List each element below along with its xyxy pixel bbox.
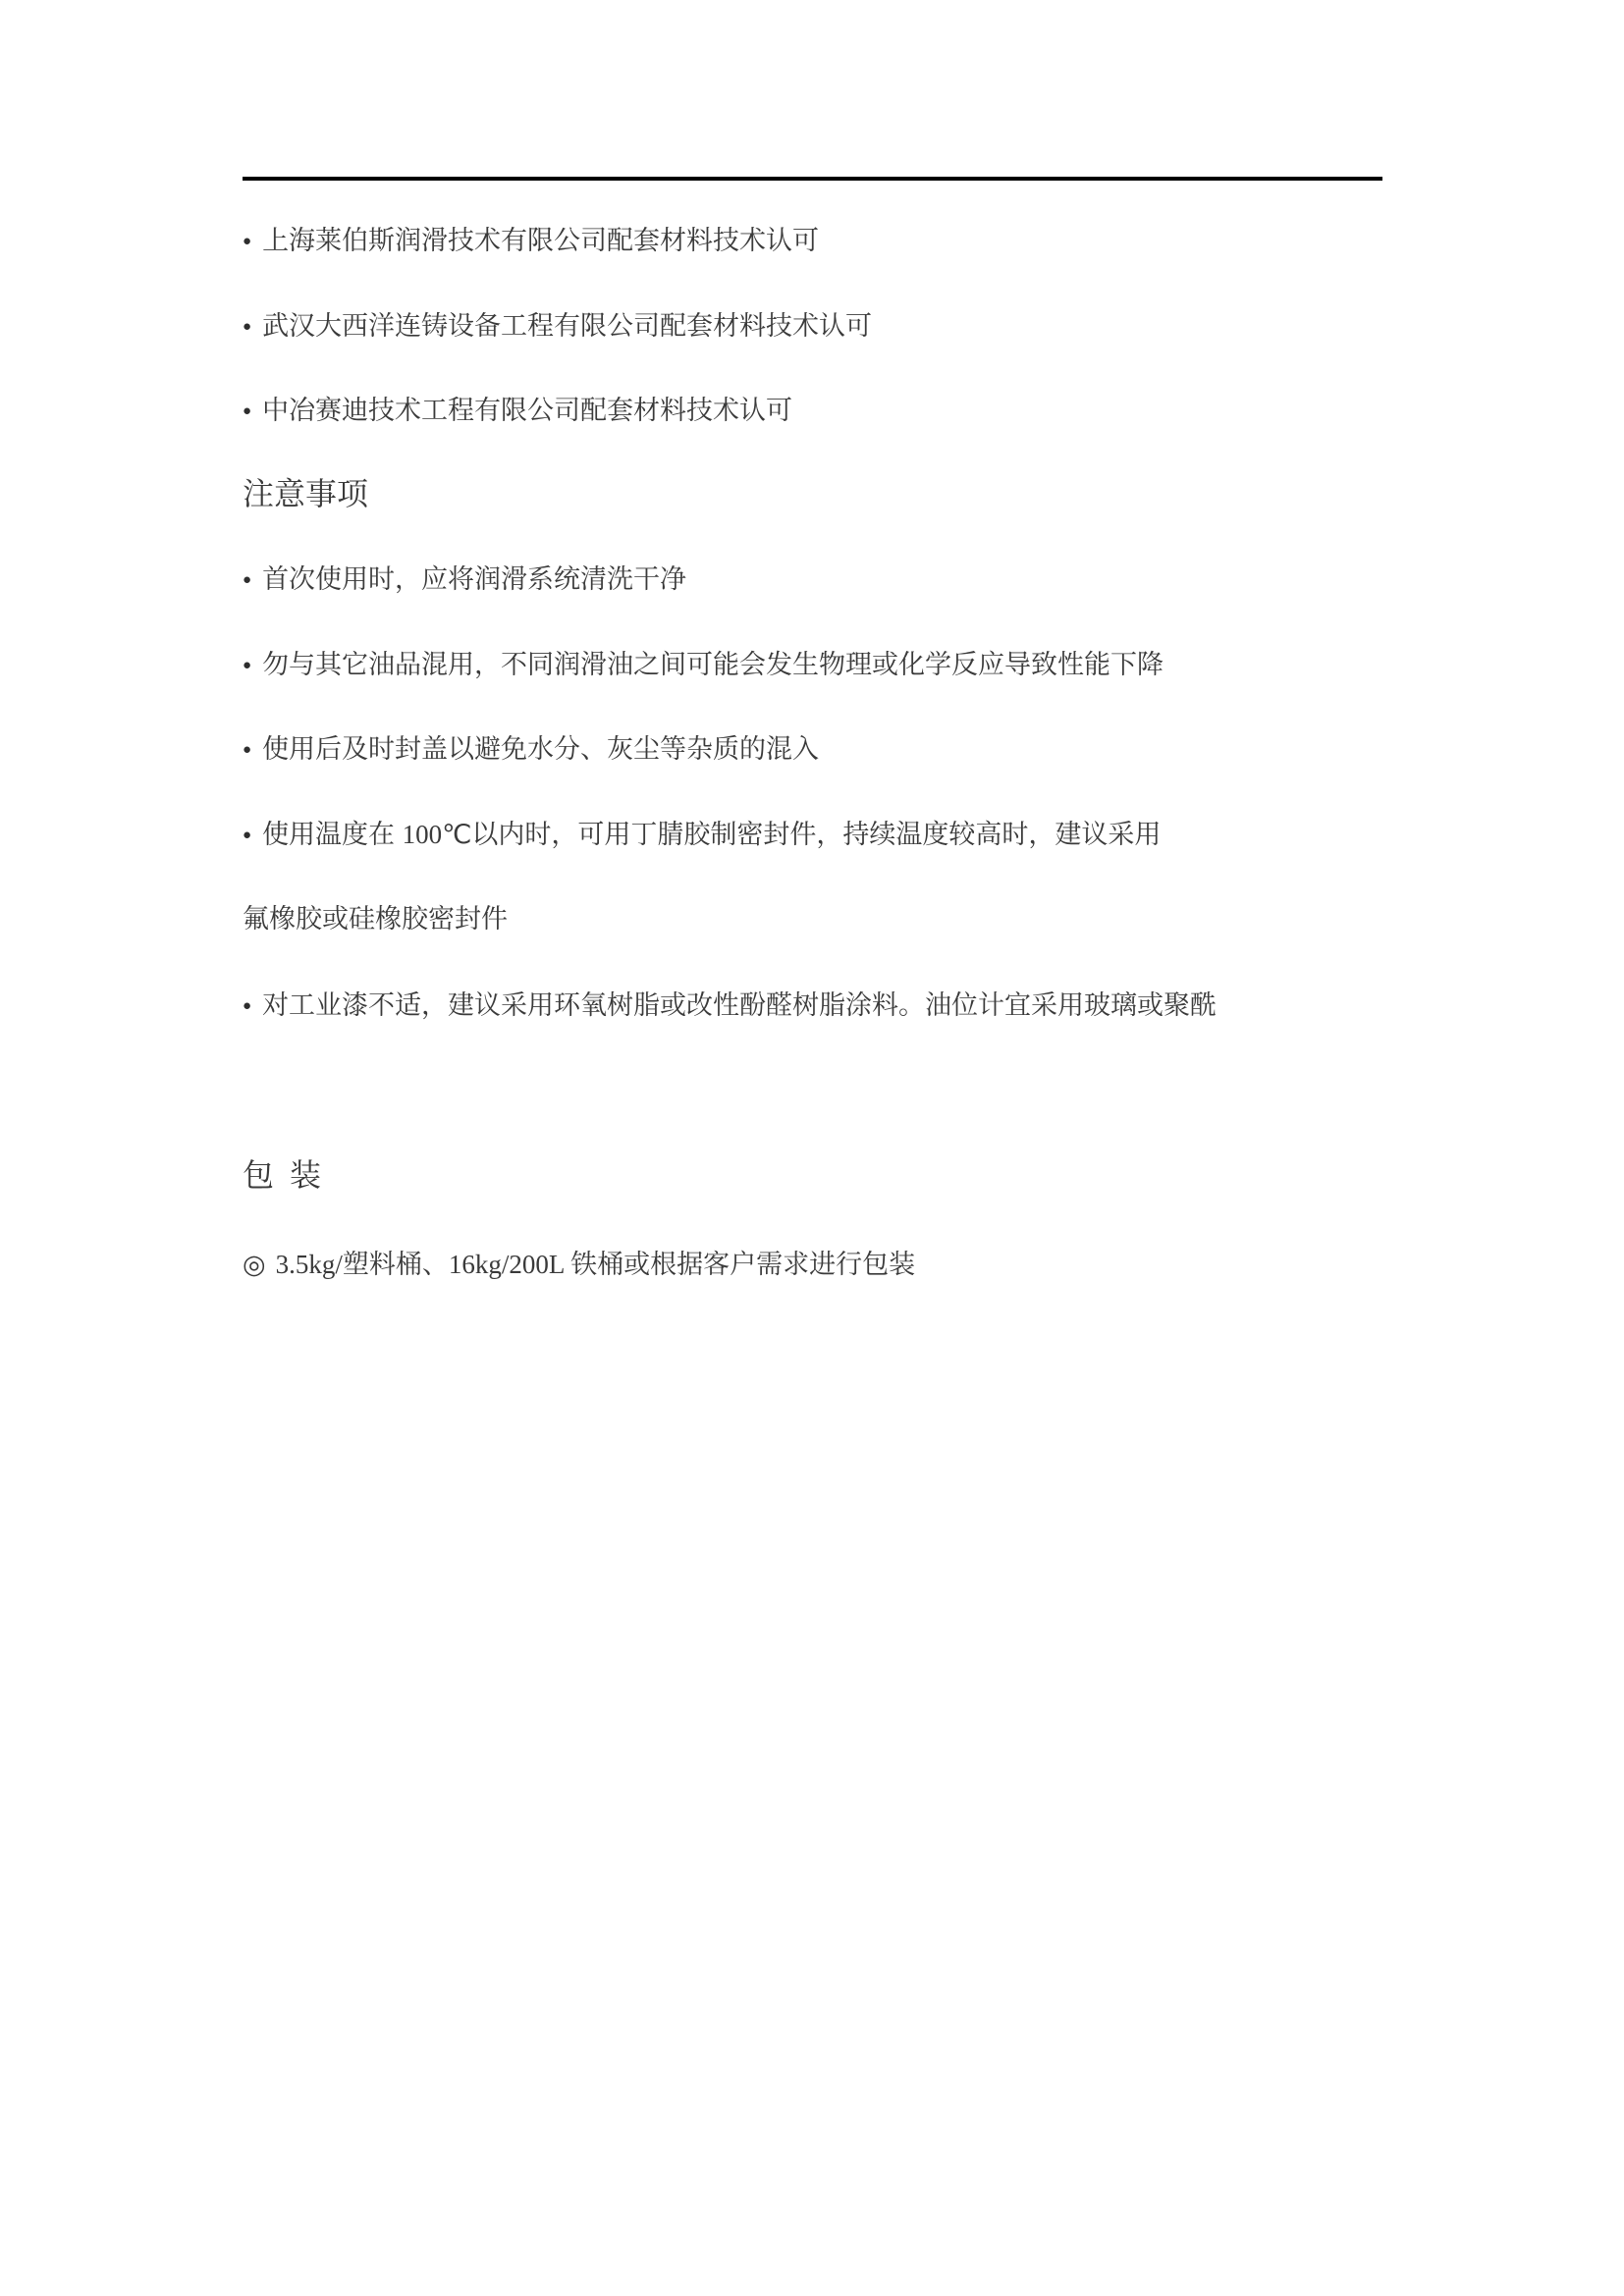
packaging-text-cjk: 塑料桶、 [343,1250,449,1279]
precaution-text-cjk: 以内时，可用丁腈胶制密封件，持续温度较高时，建议采用 [471,820,1161,849]
precaution-text: 对工业漆不适，建议采用环氧树脂或改性酚醛树脂涂料。油位计宜采用玻璃或聚酰 [262,988,1217,1022]
precaution-item: ● 勿与其它油品混用，不同润滑油之间可能会发生物理或化学反应导致性能下降 [243,648,1164,681]
bullet-icon: ● [243,998,251,1013]
approval-item: ● 中冶赛迪技术工程有限公司配套材料技术认可 [243,394,792,427]
precaution-item: ● 首次使用时，应将润滑系统清洗干净 [243,562,686,596]
double-circle-icon: ◎ [243,1252,266,1278]
bullet-icon: ● [243,572,251,587]
approval-item: ● 武汉大西洋连铸设备工程有限公司配套材料技术认可 [243,309,872,343]
precaution-item: ● 使用后及时封盖以避免水分、灰尘等杂质的混入 [243,732,819,766]
packaging-item: ◎ 3.5kg/塑料桶、16kg/200L 铁桶或根据客户需求进行包装 [243,1248,915,1281]
bullet-icon: ● [243,658,251,672]
bullet-icon: ● [243,234,251,248]
approval-text: 上海莱伯斯润滑技术有限公司配套材料技术认可 [262,224,819,257]
document-page: ● 上海莱伯斯润滑技术有限公司配套材料技术认可 ● 武汉大西洋连铸设备工程有限公… [0,0,1624,2296]
packaging-text-latin: 3.5kg/ [276,1250,343,1279]
precaution-text: 使用温度在 100℃以内时，可用丁腈胶制密封件，持续温度较高时，建议采用 [262,818,1161,851]
bullet-icon: ● [243,403,251,418]
precaution-item: ● 对工业漆不适，建议采用环氧树脂或改性酚醛树脂涂料。油位计宜采用玻璃或聚酰 [243,988,1217,1022]
precaution-continuation-line: 氟橡胶或硅橡胶密封件 [243,902,508,935]
approval-text: 武汉大西洋连铸设备工程有限公司配套材料技术认可 [262,309,872,343]
bullet-icon: ● [243,319,251,334]
precaution-text: 勿与其它油品混用，不同润滑油之间可能会发生物理或化学反应导致性能下降 [262,648,1164,681]
precaution-text: 氟橡胶或硅橡胶密封件 [243,902,508,935]
approval-text: 中冶赛迪技术工程有限公司配套材料技术认可 [262,394,792,427]
bullet-icon: ● [243,828,251,842]
bullet-icon: ● [243,742,251,757]
packaging-text: 3.5kg/塑料桶、16kg/200L 铁桶或根据客户需求进行包装 [276,1248,916,1281]
approval-item: ● 上海莱伯斯润滑技术有限公司配套材料技术认可 [243,224,819,257]
top-rule [243,177,1382,181]
precaution-item: ● 使用温度在 100℃以内时，可用丁腈胶制密封件，持续温度较高时，建议采用 [243,818,1161,851]
packaging-heading: 包 装 [243,1153,321,1197]
packaging-text-latin: 16kg/200L [449,1250,570,1279]
precaution-text: 首次使用时，应将润滑系统清洗干净 [262,562,686,596]
precaution-text: 使用后及时封盖以避免水分、灰尘等杂质的混入 [262,732,819,766]
precautions-heading: 注意事项 [243,472,368,515]
precaution-text-latin: 100℃ [403,820,472,849]
packaging-text-cjk: 铁桶或根据客户需求进行包装 [570,1250,915,1279]
precaution-text-cjk: 使用温度在 [262,820,403,849]
